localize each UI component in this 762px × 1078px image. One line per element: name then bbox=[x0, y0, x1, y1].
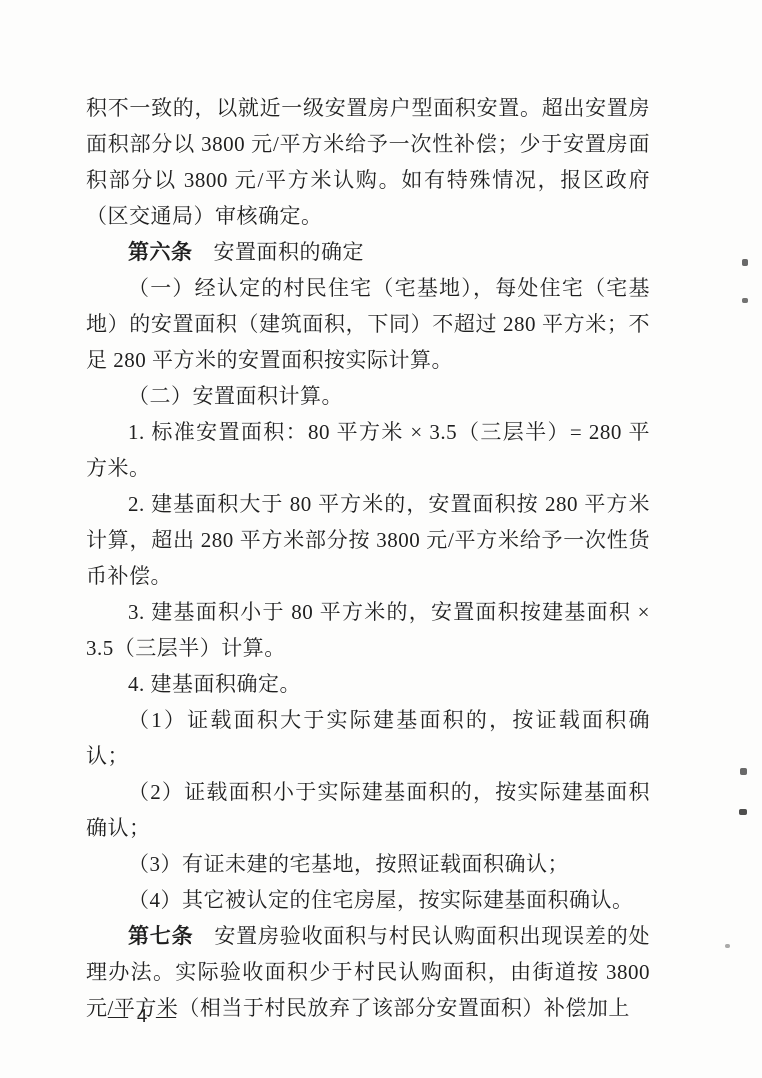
article-6-title: 安置面积的确定 bbox=[214, 240, 365, 264]
subitem-1: （1）证载面积大于实际建基面积的，按证载面积确认； bbox=[86, 702, 650, 774]
clause-2: （二）安置面积计算。 bbox=[86, 378, 650, 414]
subitem-3: （3）有证未建的宅基地，按照证载面积确认； bbox=[86, 846, 650, 882]
clause-2-item-2: 2. 建基面积大于 80 平方米的，安置面积按 280 平方米计算，超出 280… bbox=[86, 486, 650, 594]
page-number: — 4 — bbox=[108, 1002, 178, 1030]
document-page: 积不一致的，以就近一级安置房户型面积安置。超出安置房面积部分以 3800 元/平… bbox=[0, 0, 762, 1078]
document-body: 积不一致的，以就近一级安置房户型面积安置。超出安置房面积部分以 3800 元/平… bbox=[86, 90, 650, 1026]
scan-artifact bbox=[742, 259, 748, 266]
paragraph-continued: 积不一致的，以就近一级安置房户型面积安置。超出安置房面积部分以 3800 元/平… bbox=[86, 90, 650, 234]
clause-2-item-1: 1. 标准安置面积：80 平方米 × 3.5（三层半）= 280 平方米。 bbox=[86, 414, 650, 486]
clause-2-item-3: 3. 建基面积小于 80 平方米的，安置面积按建基面积 × 3.5（三层半）计算… bbox=[86, 594, 650, 666]
subitem-2: （2）证载面积小于实际建基面积的，按实际建基面积确认； bbox=[86, 774, 650, 846]
article-7-number: 第七条 bbox=[128, 924, 193, 948]
scan-artifact bbox=[725, 944, 730, 948]
subitem-4: （4）其它被认定的住宅房屋，按实际建基面积确认。 bbox=[86, 882, 650, 918]
scan-artifact bbox=[740, 768, 747, 775]
clause-2-item-4: 4. 建基面积确定。 bbox=[86, 666, 650, 702]
clause-1: （一）经认定的村民住宅（宅基地），每处住宅（宅基地）的安置面积（建筑面积，下同）… bbox=[86, 270, 650, 378]
article-6-number: 第六条 bbox=[128, 240, 193, 264]
scan-artifact bbox=[739, 809, 747, 815]
scan-artifact bbox=[742, 298, 748, 303]
article-6-heading: 第六条安置面积的确定 bbox=[86, 234, 650, 270]
